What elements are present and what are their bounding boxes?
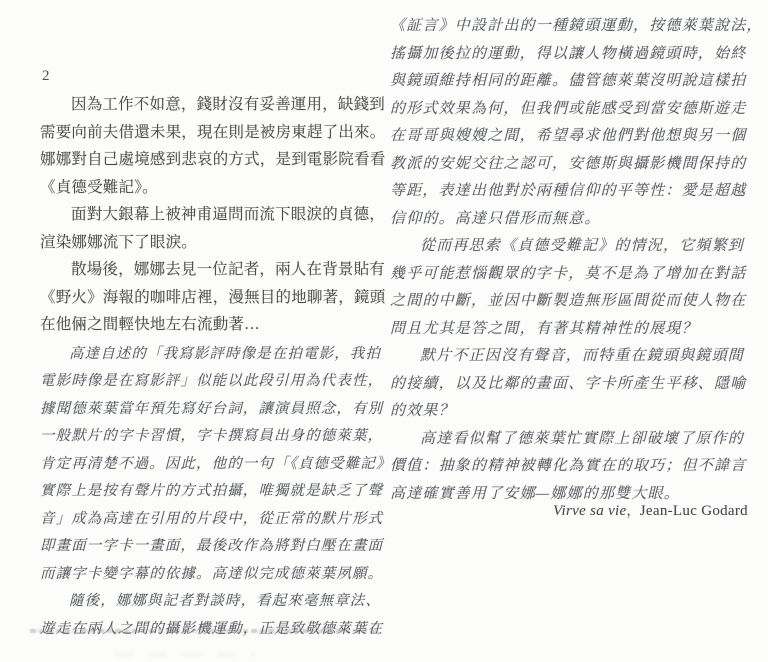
document-page: 2 因為工作不如意，錢財沒有妥善運用，缺錢到需要向前夫借還未果，現在則是被房東趕… <box>0 0 768 662</box>
text-line: 《証言》中設計出的一種鏡頭運動，按德萊葉說法， <box>390 13 748 41</box>
text-line: 散場後，娜娜去見一位記者，兩人在背景貼有 <box>40 256 373 284</box>
left-column: 因為工作不如意，錢財沒有妥善運用，缺錢到需要向前夫借還未果，現在則是被房東趕了出… <box>40 91 373 643</box>
text-line: 實際上是按有聲片的方式拍攝，唯獨就是缺乏了聲 <box>40 478 373 506</box>
text-line: 面對大銀幕上被神甫逼問而流下眼淚的貞德， <box>40 201 373 229</box>
right-column: 《証言》中設計出的一種鏡頭運動，按德萊葉說法，搖攝加後拉的運動，得以讓人物橫過鏡… <box>390 13 748 521</box>
text-line: 一般默片的字卡習慣，字卡撰寫員出身的德萊葉， <box>40 423 373 451</box>
attribution-film-title: Virve sa vie <box>553 503 626 519</box>
text-line: 《野火》海報的咖啡店裡，漫無目的地聊著，鏡頭 <box>40 284 373 312</box>
text-line: 幾乎可能惹惱觀眾的字卡，莫不是為了增加在對話 <box>390 261 748 289</box>
text-line: 需要向前夫借還未果，現在則是被房東趕了出來。 <box>40 119 373 147</box>
text-line: 從而再思索《貞德受難記》的情況，它頻繁到 <box>390 233 748 261</box>
text-line: 的形式效果為何，但我們或能感受到當安德斯遊走 <box>390 96 748 124</box>
text-line: 價值：抽象的精神被轉化為實在的取巧；但不諱言 <box>390 453 748 481</box>
commentary-paragraphs-right: 《証言》中設計出的一種鏡頭運動，按德萊葉說法，搖攝加後拉的運動，得以讓人物橫過鏡… <box>390 13 748 508</box>
text-line: 在哥哥與嫂嫂之間，希望尋求他們對他想與另一個 <box>390 123 748 151</box>
text-line: 渲染娜娜流下了眼淚。 <box>40 229 373 257</box>
page-number: 2 <box>42 68 50 85</box>
text-line: 而讓字卡變字幕的依據。高達似完成德萊葉夙願。 <box>40 561 373 589</box>
text-line: 的效果？ <box>390 398 748 426</box>
text-line: 搖攝加後拉的運動，得以讓人物橫過鏡頭時，始終 <box>390 41 748 69</box>
text-line: 即畫面一字卡一畫面，最後改作為將對白壓在畫面 <box>40 533 373 561</box>
attribution-author: Jean-Luc Godard <box>640 503 748 519</box>
text-line: 電影時像是在寫影評」似能以此段引用為代表性， <box>40 368 373 396</box>
text-line: 的接續，以及比鄰的畫面、字卡所產生平移、隱喻 <box>390 371 748 399</box>
text-line: 肯定再清楚不過。因此，他的一句「《貞德受難記》 <box>40 451 373 479</box>
text-line: 遊走在兩人之間的攝影機運動，正是致敬德萊葉在 <box>40 616 373 644</box>
text-line: 音」成為高達在引用的片段中，從正常的默片形式 <box>40 506 373 534</box>
text-line: 問且尤其是答之間，有著其精神性的展現？ <box>390 316 748 344</box>
synopsis-paragraphs: 因為工作不如意，錢財沒有妥善運用，缺錢到需要向前夫借還未果，現在則是被房東趕了出… <box>40 91 373 339</box>
text-line: 教派的安妮交往之認可，安德斯與攝影機間保持的 <box>390 151 748 179</box>
scan-artifact-smudge <box>115 652 255 657</box>
text-line: 默片不正因沒有聲音，而特重在鏡頭與鏡頭間 <box>390 343 748 371</box>
text-line: 之間的中斷，並因中斷製造無形區間從而使人物在 <box>390 288 748 316</box>
text-line: 據聞德萊葉當年預先寫好台詞，讓演員照念，有別 <box>40 396 373 424</box>
text-line: 《貞德受難記》。 <box>40 174 373 202</box>
text-line: 因為工作不如意，錢財沒有妥善運用，缺錢到 <box>40 91 373 119</box>
text-line: 高達看似幫了德萊葉忙實際上卻破壞了原作的 <box>390 426 748 454</box>
attribution-separator: ， <box>626 503 639 518</box>
text-line: 與鏡頭維持相同的距離。儘管德萊葉沒明說這樣拍 <box>390 68 748 96</box>
text-line: 隨後，娜娜與記者對談時，看起來毫無章法、 <box>40 588 373 616</box>
text-line: 高達自述的「我寫影評時像是在拍電影，我拍 <box>40 341 373 369</box>
commentary-paragraphs-left: 高達自述的「我寫影評時像是在拍電影，我拍電影時像是在寫影評」似能以此段引用為代表… <box>40 341 373 644</box>
text-line: 娜娜對自己處境感到悲哀的方式，是到電影院看看 <box>40 146 373 174</box>
text-line: 在他倆之間輕快地左右流動著… <box>40 311 373 339</box>
text-line: 信仰的。高達只借形而無意。 <box>390 206 748 234</box>
text-line: 等距，表達出他對於兩種信仰的平等性：愛是超越 <box>390 178 748 206</box>
